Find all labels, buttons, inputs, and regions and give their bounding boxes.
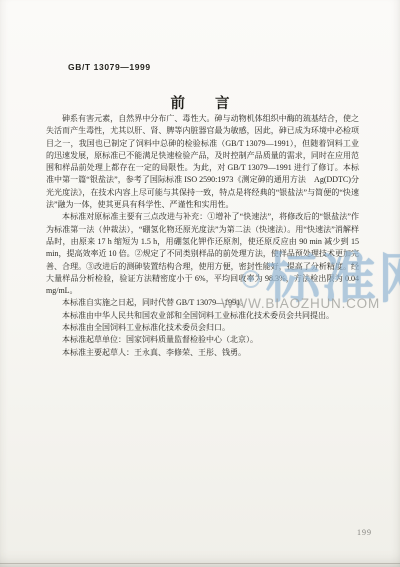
scan-edge-shadow: [0, 563, 400, 564]
foreword-body: 砷系有害元素，自然界中分布广、毒性大。砷与动物机体组织中酶的巯基结合，使之失活而…: [46, 113, 359, 359]
page-number: 199: [357, 528, 372, 537]
foreword-paragraph-1: 砷系有害元素，自然界中分布广、毒性大。砷与动物机体组织中酶的巯基结合，使之失活而…: [46, 113, 359, 211]
standard-number: GB/T 13079—1999: [68, 62, 151, 72]
document-page: GB/T 13079—1999 前言 砷系有害元素，自然界中分布广、毒性大。砷与…: [0, 0, 400, 567]
foreword-paragraph-3: 本标准自实施之日起，同时代替 GB/T 13079—1991。: [46, 297, 359, 309]
foreword-paragraph-4: 本标准由中华人民共和国农业部和全国饲料工业标准化技术委员会共同提出。: [46, 310, 359, 322]
foreword-paragraph-6: 本标准起草单位：国家饲料质量监督检验中心（北京）。: [46, 334, 359, 346]
foreword-paragraph-5: 本标准由全国饲料工业标准化技术委员会归口。: [46, 322, 359, 334]
foreword-paragraph-7: 本标准主要起草人：王永真、李修荣、王彤、钱勇。: [46, 347, 359, 359]
foreword-paragraph-2: 本标准对原标准主要有三点改进与补充：①增补了“快速法”，将修改后的“银盐法”作为…: [46, 211, 359, 297]
page-title: 前言: [0, 92, 400, 113]
